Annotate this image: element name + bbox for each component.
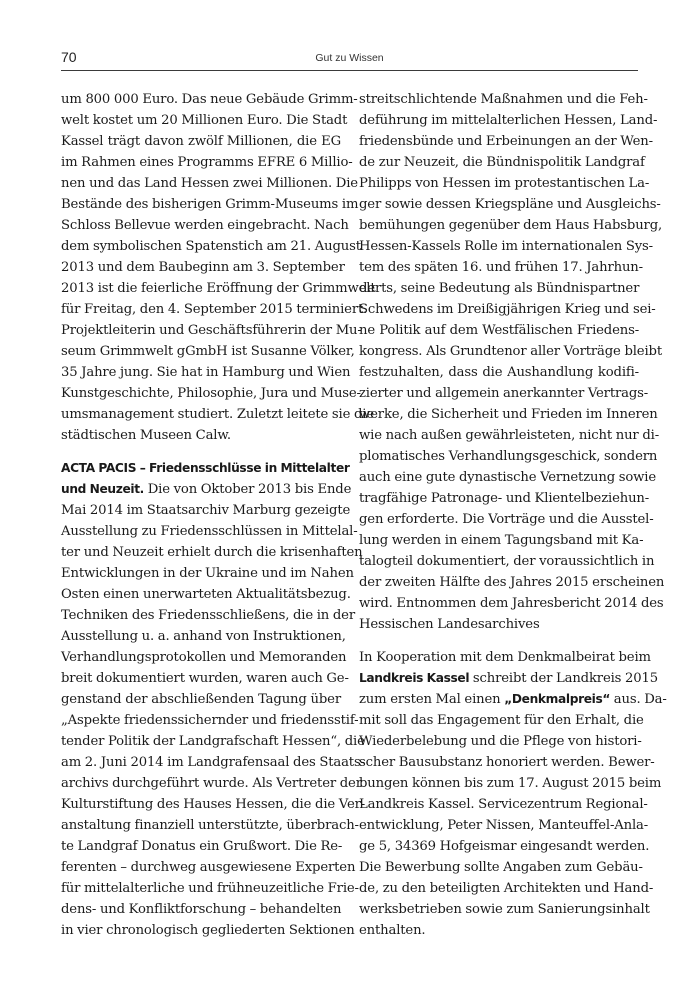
text-line: gen erforderte. Die Vorträge und die Aus… [359,509,639,530]
text-fragment: aus. Da- [610,692,667,707]
text-line: Mai 2014 im Staatsarchiv Marburg gezeigt… [61,500,341,521]
text-line: wird. Entnommen dem Jahresbericht 2014 d… [359,593,639,614]
text-line: zum ersten Mal einen „Denkmalpreis“ aus.… [359,689,639,710]
text-line: derts, seine Bedeutung als Bündnispartne… [359,278,639,299]
section-heading: ACTA PACIS – Friedensschlüsse in Mittela… [61,461,350,475]
text-line: Wiederbelebung und die Pflege von histor… [359,731,639,752]
text-line: städtischen Museen Calw. [61,425,341,446]
text-line: entwicklung, Peter Nissen, Manteuffel-An… [359,815,639,836]
paragraph-grimmwelt: um 800 000 Euro. Das neue Gebäude Grimm-… [61,89,341,446]
text-line: deführung im mittelalterlichen Hessen, L… [359,110,639,131]
text-line: wie nach außen gewährleisteten, nicht nu… [359,425,639,446]
text-line: Schloss Bellevue werden eingebracht. Nac… [61,215,341,236]
text-line: Techniken des Friedensschließens, die in… [61,605,341,626]
text-line: „Aspekte friedenssichernder und friedens… [61,710,341,731]
text-line: anstaltung finanziell unterstützte, über… [61,815,341,836]
text-line: werke, die Sicherheit und Frieden im Inn… [359,404,639,425]
text-line: In Kooperation mit dem Denkmalbeirat bei… [359,647,639,668]
text-line: ter und Neuzeit erhielt durch die krisen… [61,542,341,563]
text-line: tem des späten 16. und frühen 17. Jahrhu… [359,257,639,278]
text-line: in vier chronologisch gegliederten Sekti… [61,920,341,941]
text-fragment: schreibt der Landkreis 2015 [469,671,658,686]
text-line: mit soll das Engagement für den Erhalt, … [359,710,639,731]
text-line: archivs durchgeführt wurde. Als Vertrete… [61,773,341,794]
text-line: für Freitag, den 4. September 2015 termi… [61,299,341,320]
paragraph-acta-pacis-continued: streitschlichtende Maßnahmen und die Feh… [359,89,639,635]
text-line: plomatisches Verhandlungsgeschick, sonde… [359,446,639,467]
text-fragment: zum ersten Mal einen [359,692,504,707]
text-line: Landkreis Kassel. Servicezentrum Regiona… [359,794,639,815]
text-line: umsmanagement studiert. Zuletzt leitete … [61,404,341,425]
text-line: tender Politik der Landgrafschaft Hessen… [61,731,341,752]
text-line: Philipps von Hessen im protestantischen … [359,173,639,194]
text-line: um 800 000 Euro. Das neue Gebäude Grimm- [61,89,341,110]
text-line: de zur Neuzeit, die Bündnispolitik Landg… [359,152,639,173]
text-line: enthalten. [359,920,639,941]
text-line: Kassel trägt davon zwölf Millionen, die … [61,131,341,152]
text-line: und Neuzeit. Die von Oktober 2013 bis En… [61,479,341,500]
text-line: Ausstellung zu Friedensschlüssen in Mitt… [61,521,341,542]
text-line: 35 Jahre jung. Sie hat in Hamburg und Wi… [61,362,341,383]
paragraph-denkmalpreis: In Kooperation mit dem Denkmalbeirat bei… [359,647,639,941]
text-line: dens- und Konfliktforschung – behandelte… [61,899,341,920]
text-line: Entwicklungen in der Ukraine und im Nahe… [61,563,341,584]
text-line: scher Bausubstanz honoriert werden. Bewe… [359,752,639,773]
running-head: 70 Gut zu Wissen [61,46,638,71]
text-line: Projektleiterin und Geschäftsführerin de… [61,320,341,341]
text-line: tragfähige Patronage- und Klientelbezieh… [359,488,639,509]
text-line: am 2. Juni 2014 im Landgrafensaal des St… [61,752,341,773]
text-line: im Rahmen eines Programms EFRE 6 Millio- [61,152,341,173]
text-line: Kulturstiftung des Hauses Hessen, die di… [61,794,341,815]
text-line: dem symbolischen Spatenstich am 21. Augu… [61,236,341,257]
text-line: 2013 ist die feierliche Eröffnung der Gr… [61,278,341,299]
text-line: ACTA PACIS – Friedensschlüsse in Mittela… [61,458,341,479]
text-line: werksbetrieben sowie zum Sanierungsinhal… [359,899,639,920]
emphasis-landkreis-kassel: Landkreis Kassel [359,671,469,685]
text-line: genstand der abschließenden Tagung über [61,689,341,710]
left-column: um 800 000 Euro. Das neue Gebäude Grimm-… [61,89,341,953]
text-line: festzuhalten, dass die Aushandlung kodif… [359,362,639,383]
text-line: kongress. Als Grundtenor aller Vorträge … [359,341,639,362]
text-line: für mittelalterliche und frühneuzeitlich… [61,878,341,899]
text-line: Schwedens im Dreißigjährigen Krieg und s… [359,299,639,320]
text-line: seum Grimmwelt gGmbH ist Susanne Völker, [61,341,341,362]
paragraph-acta-pacis: ACTA PACIS – Friedensschlüsse in Mittela… [61,458,341,941]
text-line: bemühungen gegenüber dem Haus Habsburg, [359,215,639,236]
text-line: lung werden in einem Tagungsband mit Ka- [359,530,639,551]
text-line: friedensbünde und Erbeinungen an der Wen… [359,131,639,152]
section-heading-end: und Neuzeit. [61,482,144,496]
text-line: welt kostet um 20 Millionen Euro. Die St… [61,110,341,131]
emphasis-denkmalpreis: „Denkmalpreis“ [504,692,610,706]
text-line: Ausstellung u. a. anhand von Instruktion… [61,626,341,647]
text-line: zierter und allgemein anerkannter Vertra… [359,383,639,404]
text-line: auch eine gute dynastische Vernetzung so… [359,467,639,488]
text-line: Landkreis Kassel schreibt der Landkreis … [359,668,639,689]
text-line: Hessen-Kassels Rolle im internationalen … [359,236,639,257]
text-line: Kunstgeschichte, Philosophie, Jura und M… [61,383,341,404]
text-line: ferenten – durchweg ausgewiesene Experte… [61,857,341,878]
text-line: ne Politik auf dem Westfälischen Frieden… [359,320,639,341]
text-line: Verhandlungsprotokollen und Memoranden [61,647,341,668]
text-line: bungen können bis zum 17. August 2015 be… [359,773,639,794]
text-line: ger sowie dessen Kriegspläne und Ausglei… [359,194,639,215]
right-column: streitschlichtende Maßnahmen und die Feh… [359,89,639,953]
text-line: te Landgraf Donatus ein Grußwort. Die Re… [61,836,341,857]
text-line: ge 5, 34369 Hofgeismar eingesandt werden… [359,836,639,857]
text-line: streitschlichtende Maßnahmen und die Feh… [359,89,639,110]
text-line: de, zu den beteiligten Architekten und H… [359,878,639,899]
text-line: nen und das Land Hessen zwei Millionen. … [61,173,341,194]
text-line: Die Bewerbung sollte Angaben zum Gebäu- [359,857,639,878]
text-line: talogteil dokumentiert, der voraussichtl… [359,551,639,572]
text-line: Bestände des bisherigen Grimm-Museums im [61,194,341,215]
text-line: Osten einen unerwarteten Aktualitätsbezu… [61,584,341,605]
text-line: Hessischen Landesarchives [359,614,639,635]
text-fragment: Die von Oktober 2013 bis Ende [144,482,351,497]
running-title: Gut zu Wissen [61,52,638,64]
text-line: der zweiten Hälfte des Jahres 2015 ersch… [359,572,639,593]
text-line: breit dokumentiert wurden, waren auch Ge… [61,668,341,689]
text-line: 2013 und dem Baubeginn am 3. September [61,257,341,278]
